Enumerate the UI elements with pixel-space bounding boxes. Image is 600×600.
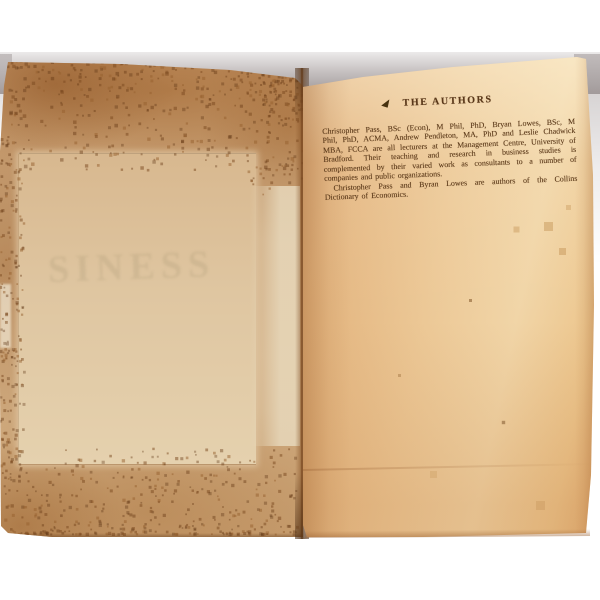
dark-stain-bottom-left [44, 587, 53, 593]
left-page-light-panel [18, 153, 256, 465]
left-page-light-panel-extension [250, 186, 300, 446]
photo-open-book: SINESS THE AUTHORS Christopher Pass, BSc… [0, 0, 600, 600]
left-page: SINESS [0, 56, 303, 539]
ghost-show-through-text: SINESS [47, 240, 278, 292]
dark-stain-bottom [118, 583, 132, 591]
foxing-speckles-bottom [4, 448, 5, 449]
right-page-text: THE AUTHORS Christopher Pass, BSc (Econ)… [321, 91, 578, 203]
authors-paragraph: Christopher Pass, BSc (Econ), M Phil, Ph… [322, 117, 578, 203]
right-page-bottom-shadow [305, 529, 590, 538]
left-edge-light-notch [0, 284, 11, 348]
